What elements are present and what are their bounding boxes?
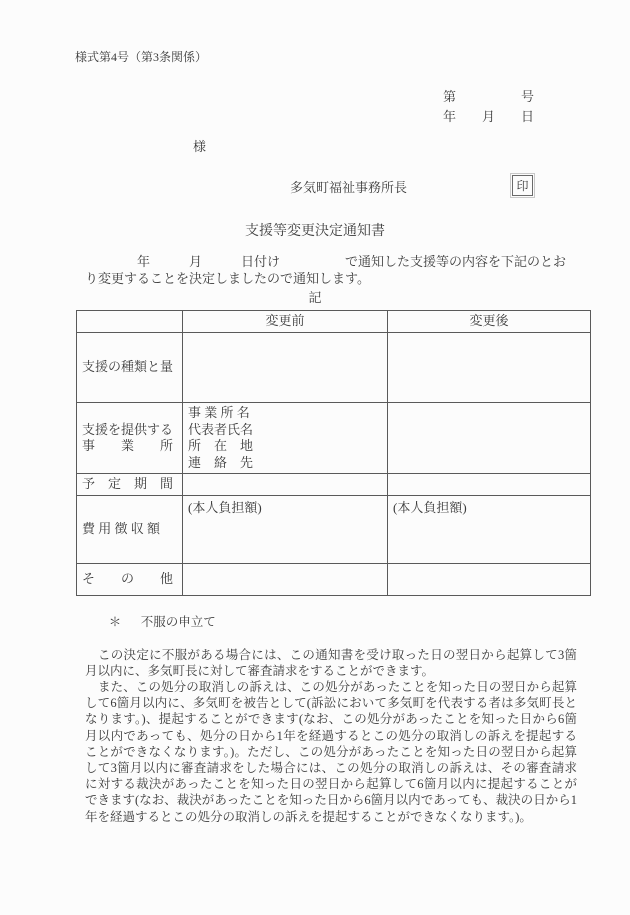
- document-number-line: 第 号: [443, 86, 534, 105]
- ki-label: 記: [0, 287, 630, 306]
- footnote-paragraph-1: この決定に不服がある場合には、この通知書を受け取った日の翌日から起算して3箇月以…: [85, 647, 577, 679]
- cell-other-after: [388, 564, 591, 596]
- row-label-support-type: 支援の種類と量: [77, 333, 183, 403]
- asterisk-marker: ＊: [104, 614, 141, 630]
- appeal-footnote: ＊不服の申立て この決定に不服がある場合には、この通知書を受け取った日の翌日から…: [85, 598, 577, 825]
- notification-body: 年 月 日付け で通知した支援等の内容を下記のとおり変更することを決定しましたの…: [85, 253, 571, 287]
- row-label-other: そ の 他: [77, 564, 183, 596]
- table-row-support-type: 支援の種類と量: [77, 333, 591, 403]
- date-line: 年 月 日: [443, 106, 534, 125]
- table-row-fee: 費 用 徴 収 額 (本人負担額) (本人負担額): [77, 496, 591, 564]
- cell-other-before: [183, 564, 388, 596]
- cell-fee-before: (本人負担額): [183, 496, 388, 564]
- addressee-sama-label: 様: [193, 136, 206, 155]
- row-label-fee: 費 用 徴 収 額: [77, 496, 183, 564]
- seal-stamp: 印: [512, 175, 533, 196]
- table-row-period: 予 定 期 間: [77, 474, 591, 496]
- footnote-heading: 不服の申立て: [141, 615, 216, 629]
- cell-provider-after: [388, 403, 591, 474]
- row-label-period: 予 定 期 間: [77, 474, 183, 496]
- cell-fee-after: (本人負担額): [388, 496, 591, 564]
- cell-support-type-after: [388, 333, 591, 403]
- cell-period-before: [183, 474, 388, 496]
- cell-support-type-before: [183, 333, 388, 403]
- row-label-provider: 支援を提供する 事 業 所: [77, 403, 183, 474]
- header-cell-before: 変更前: [183, 311, 388, 333]
- document-title: 支援等変更決定通知書: [0, 220, 630, 240]
- table-header-row: 変更前 変更後: [77, 311, 591, 333]
- footnote-paragraph-2: また、この処分の取消しの訴えは、この処分があったことを知った日の翌日から起算して…: [85, 679, 577, 825]
- cell-period-after: [388, 474, 591, 496]
- cell-provider-before: 事 業 所 名 代表者氏名 所 在 地 連 絡 先: [183, 403, 388, 474]
- header-cell-after: 変更後: [388, 311, 591, 333]
- document-page: 様式第4号（第3条関係） 第 号 年 月 日 様 多気町福祉事務所長 印 支援等…: [0, 0, 630, 915]
- issuer-title: 多気町福祉事務所長: [290, 177, 407, 196]
- header-cell-blank: [77, 311, 183, 333]
- table-row-other: そ の 他: [77, 564, 591, 596]
- footnote-heading-line: ＊不服の申立て: [85, 598, 577, 647]
- form-number: 様式第4号（第3条関係）: [75, 48, 207, 65]
- table-row-provider: 支援を提供する 事 業 所 事 業 所 名 代表者氏名 所 在 地 連 絡 先: [77, 403, 591, 474]
- change-table: 変更前 変更後 支援の種類と量 支援を提供する 事 業 所 事 業 所 名 代表…: [76, 310, 591, 596]
